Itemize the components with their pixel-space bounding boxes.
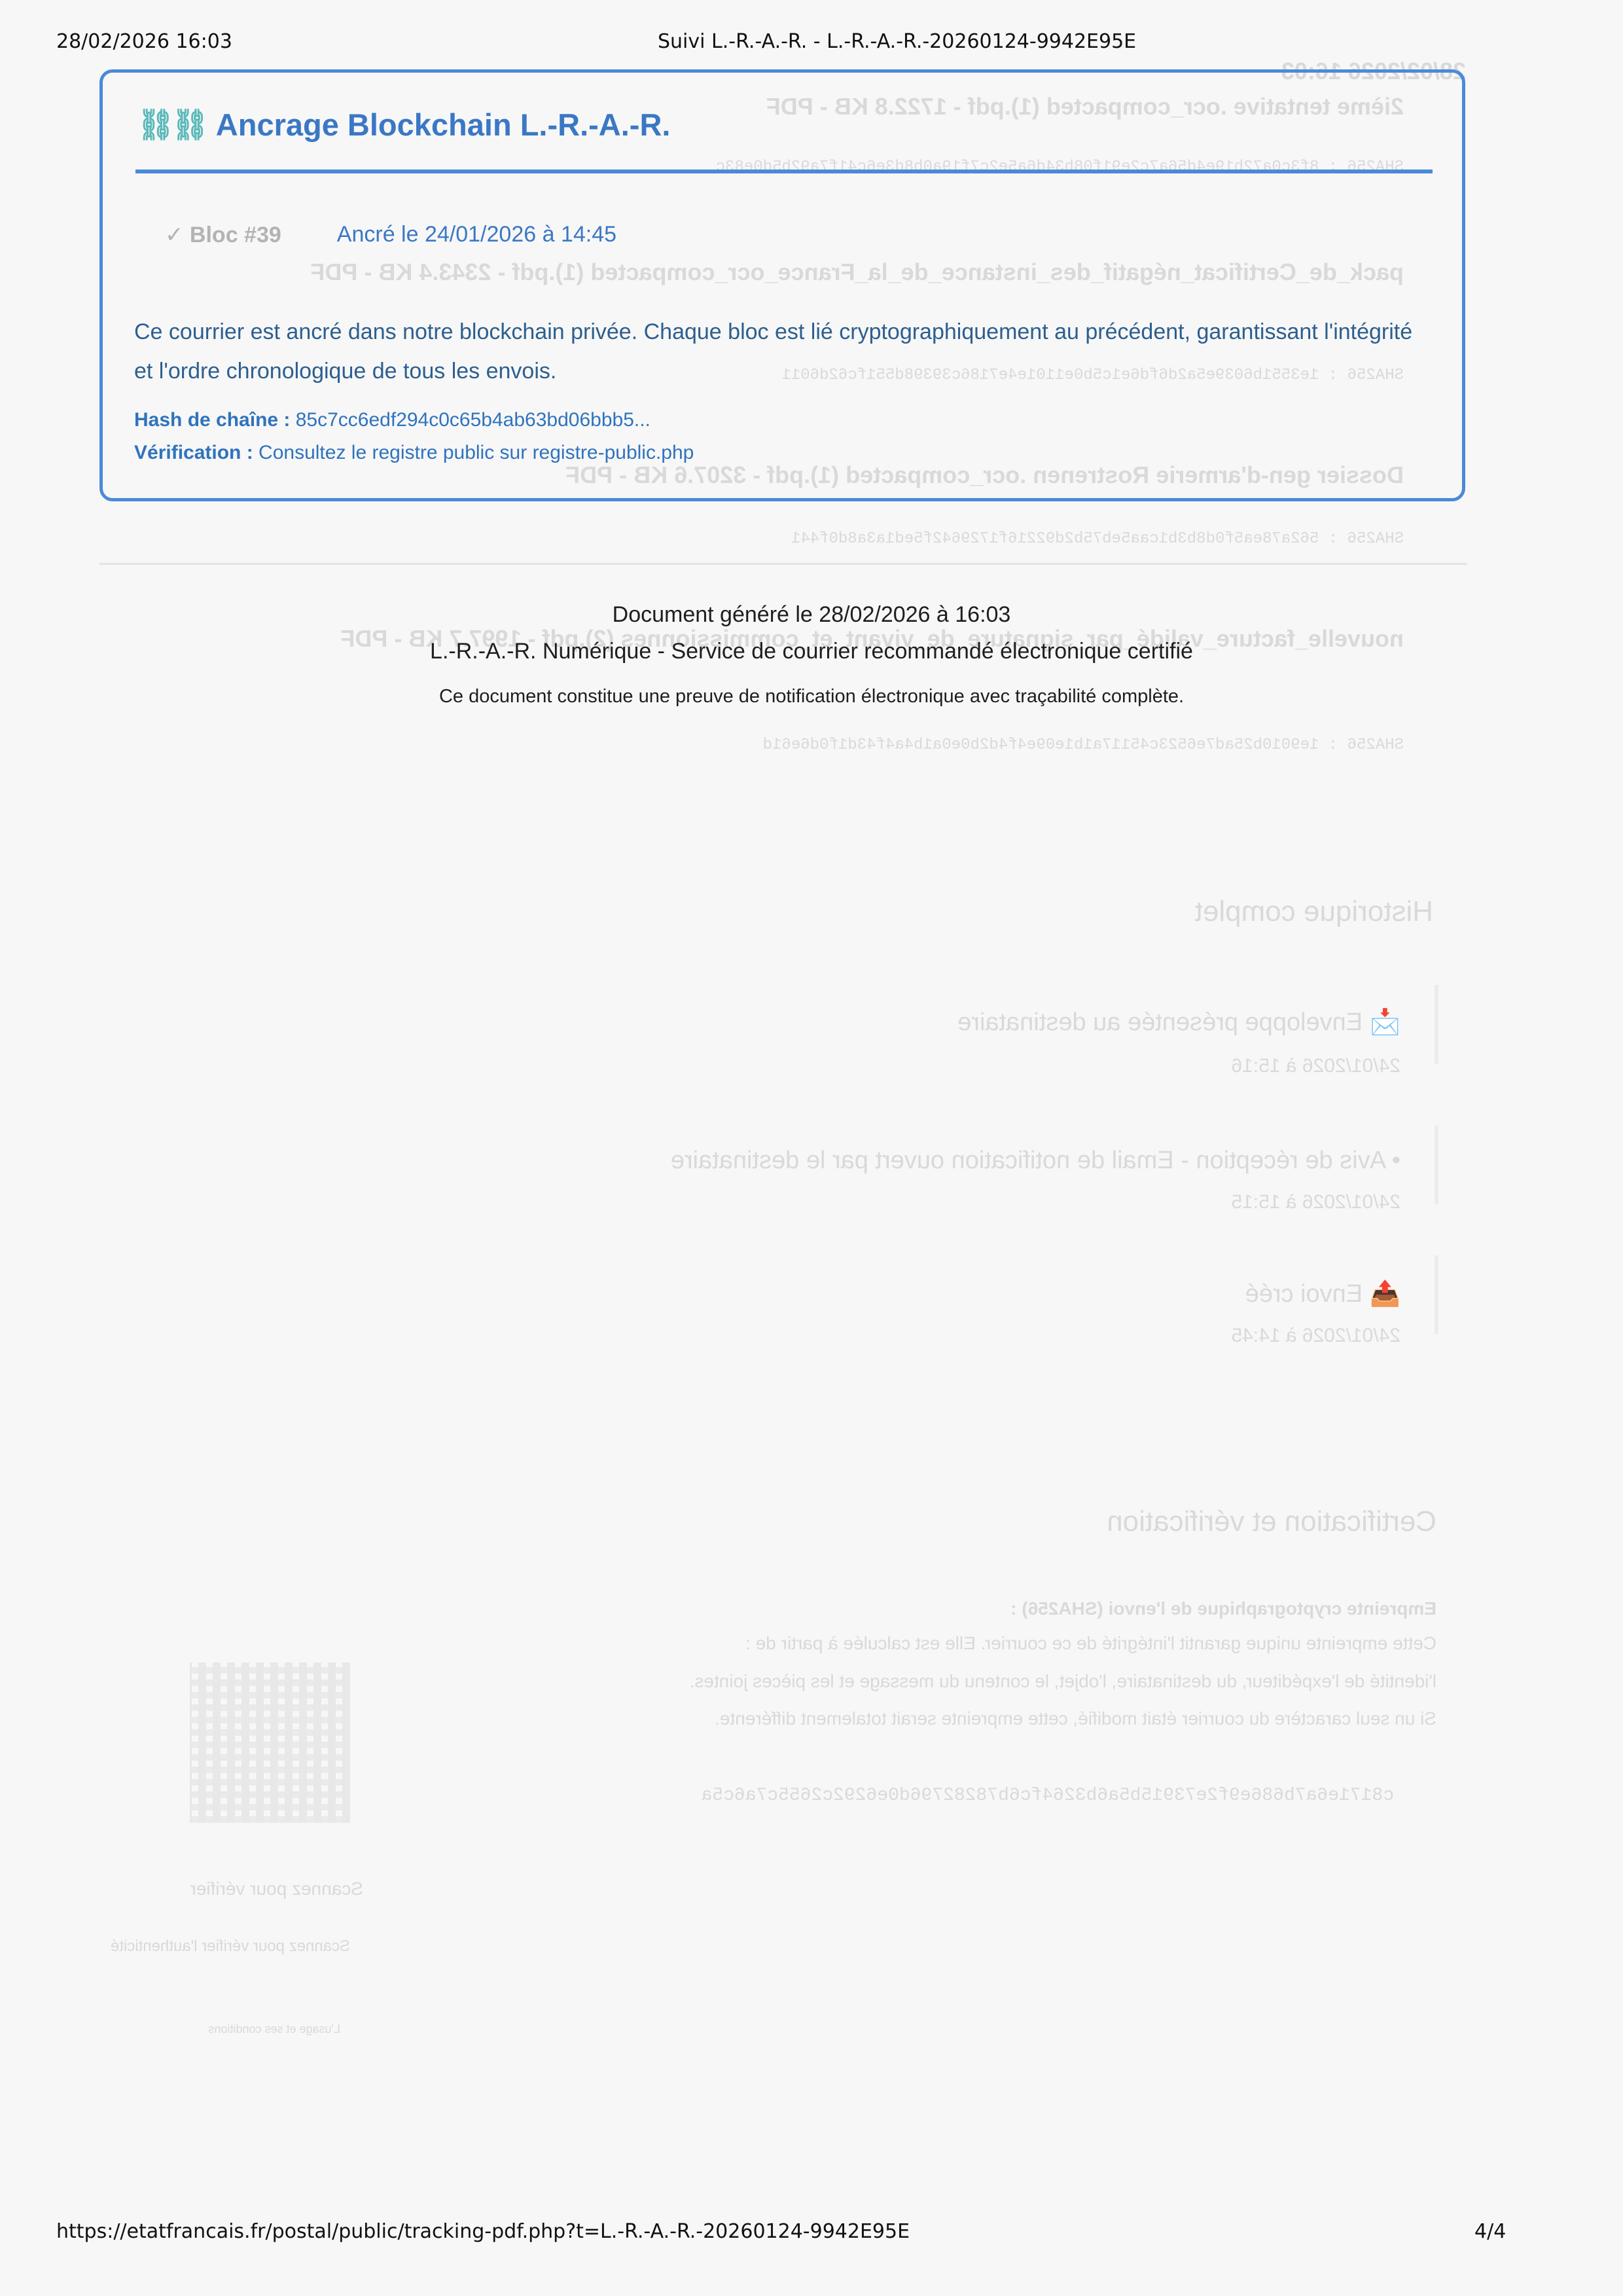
chain-hash-row: Hash de chaîne : 85c7cc6edf294c0c65b4ab6…: [134, 409, 651, 431]
verification-row: Vérification : Consultez le registre pub…: [134, 442, 694, 464]
ghost-file-sha: SHA256 : 562a78ea5f0d8b3b1caa5eb75b2d922…: [791, 530, 1404, 548]
ghost-fingerprint-text: Si un seul caractère du courrier était m…: [715, 1708, 1436, 1729]
ghost-fingerprint-value: c8171e6a7b686e9f2e73915b5a6b3264fc6b7828…: [701, 1785, 1394, 1806]
ghost-timeline-bar: [1435, 1126, 1438, 1204]
proof-statement: Ce document constitue une preuve de noti…: [0, 686, 1623, 708]
blockchain-anchor-card: ⛓⛓ Ancrage Blockchain L.-R.-A.-R. ✓ Bloc…: [99, 69, 1465, 501]
page-number: 4/4: [1474, 2220, 1506, 2243]
print-footer: https://etatfrancais.fr/postal/public/tr…: [0, 2220, 1623, 2249]
verification-text: Consultez le registre public sur registr…: [259, 442, 694, 463]
generated-date: Document généré le 28/02/2026 à 16:03: [0, 602, 1623, 628]
ghost-history-title: Historique complet: [1195, 895, 1433, 928]
blockchain-description: Ce courrier est ancré dans notre blockch…: [134, 312, 1436, 391]
ghost-qr-caption: Scannez pour vérifier: [190, 1878, 363, 1899]
print-datetime: 28/02/2026 16:03: [56, 30, 232, 53]
ghost-fingerprint-label: Empreinte cryptographique de l'envoi (SH…: [1010, 1598, 1436, 1619]
ghost-fingerprint-text: Cette empreinte unique garantit l'intégr…: [745, 1633, 1436, 1654]
ghost-qr-note: L'usage et ses conditions: [208, 2022, 340, 2036]
title-divider: [135, 170, 1433, 173]
ghost-event-date: 24/01/2026 à 15:15: [1231, 1191, 1400, 1213]
block-info-row: ✓ Bloc #39 Ancré le 24/01/2026 à 14:45: [165, 222, 616, 248]
ghost-rule: [99, 563, 1467, 565]
ghost-event-date: 24/01/2026 à 15:16: [1231, 1055, 1400, 1077]
ghost-event: 📩 Enveloppe présentée au destinataire: [957, 1008, 1400, 1037]
ghost-event: 📤 Envoi créé: [1245, 1280, 1400, 1308]
print-url: https://etatfrancais.fr/postal/public/tr…: [56, 2220, 910, 2243]
block-number: ✓ Bloc #39: [165, 222, 281, 248]
print-header: 28/02/2026 16:03 Suivi L.-R.-A.-R. - L.-…: [0, 30, 1623, 59]
ghost-event: • Avis de réception - Email de notificat…: [671, 1147, 1400, 1175]
ghost-cert-title: Certification et vérification: [1107, 1505, 1436, 1538]
print-title: Suivi L.-R.-A.-R. - L.-R.-A.-R.-20260124…: [658, 30, 1136, 53]
blockchain-title: Ancrage Blockchain L.-R.-A.-R.: [216, 107, 671, 143]
ghost-timeline-bar: [1435, 1255, 1438, 1334]
ghost-fingerprint-text: l'identité de l'expéditeur, du destinata…: [690, 1671, 1436, 1692]
chain-hash-label: Hash de chaîne :: [134, 409, 290, 431]
ghost-timeline-bar: [1435, 985, 1438, 1064]
verification-label: Vérification :: [134, 442, 253, 463]
ghost-file-sha: SHA256 : 1e9010b25ad7e6523c45117a1b1e09e…: [763, 736, 1404, 754]
chain-link-icon: ⛓⛓: [137, 107, 205, 143]
ghost-event-date: 24/01/2026 à 14:45: [1231, 1325, 1400, 1347]
chain-hash-value: 85c7cc6edf294c0c65b4ab63bd06bbb5...: [296, 409, 651, 431]
anchored-date: Ancré le 24/01/2026 à 14:45: [337, 222, 616, 248]
service-description: L.-R.-A.-R. Numérique - Service de courr…: [0, 639, 1623, 664]
blockchain-title-row: ⛓⛓ Ancrage Blockchain L.-R.-A.-R.: [137, 107, 670, 143]
ghost-qr-code: [190, 1662, 350, 1823]
ghost-qr-caption-2: Scannez pour vérifier l'authenticité: [111, 1937, 350, 1956]
